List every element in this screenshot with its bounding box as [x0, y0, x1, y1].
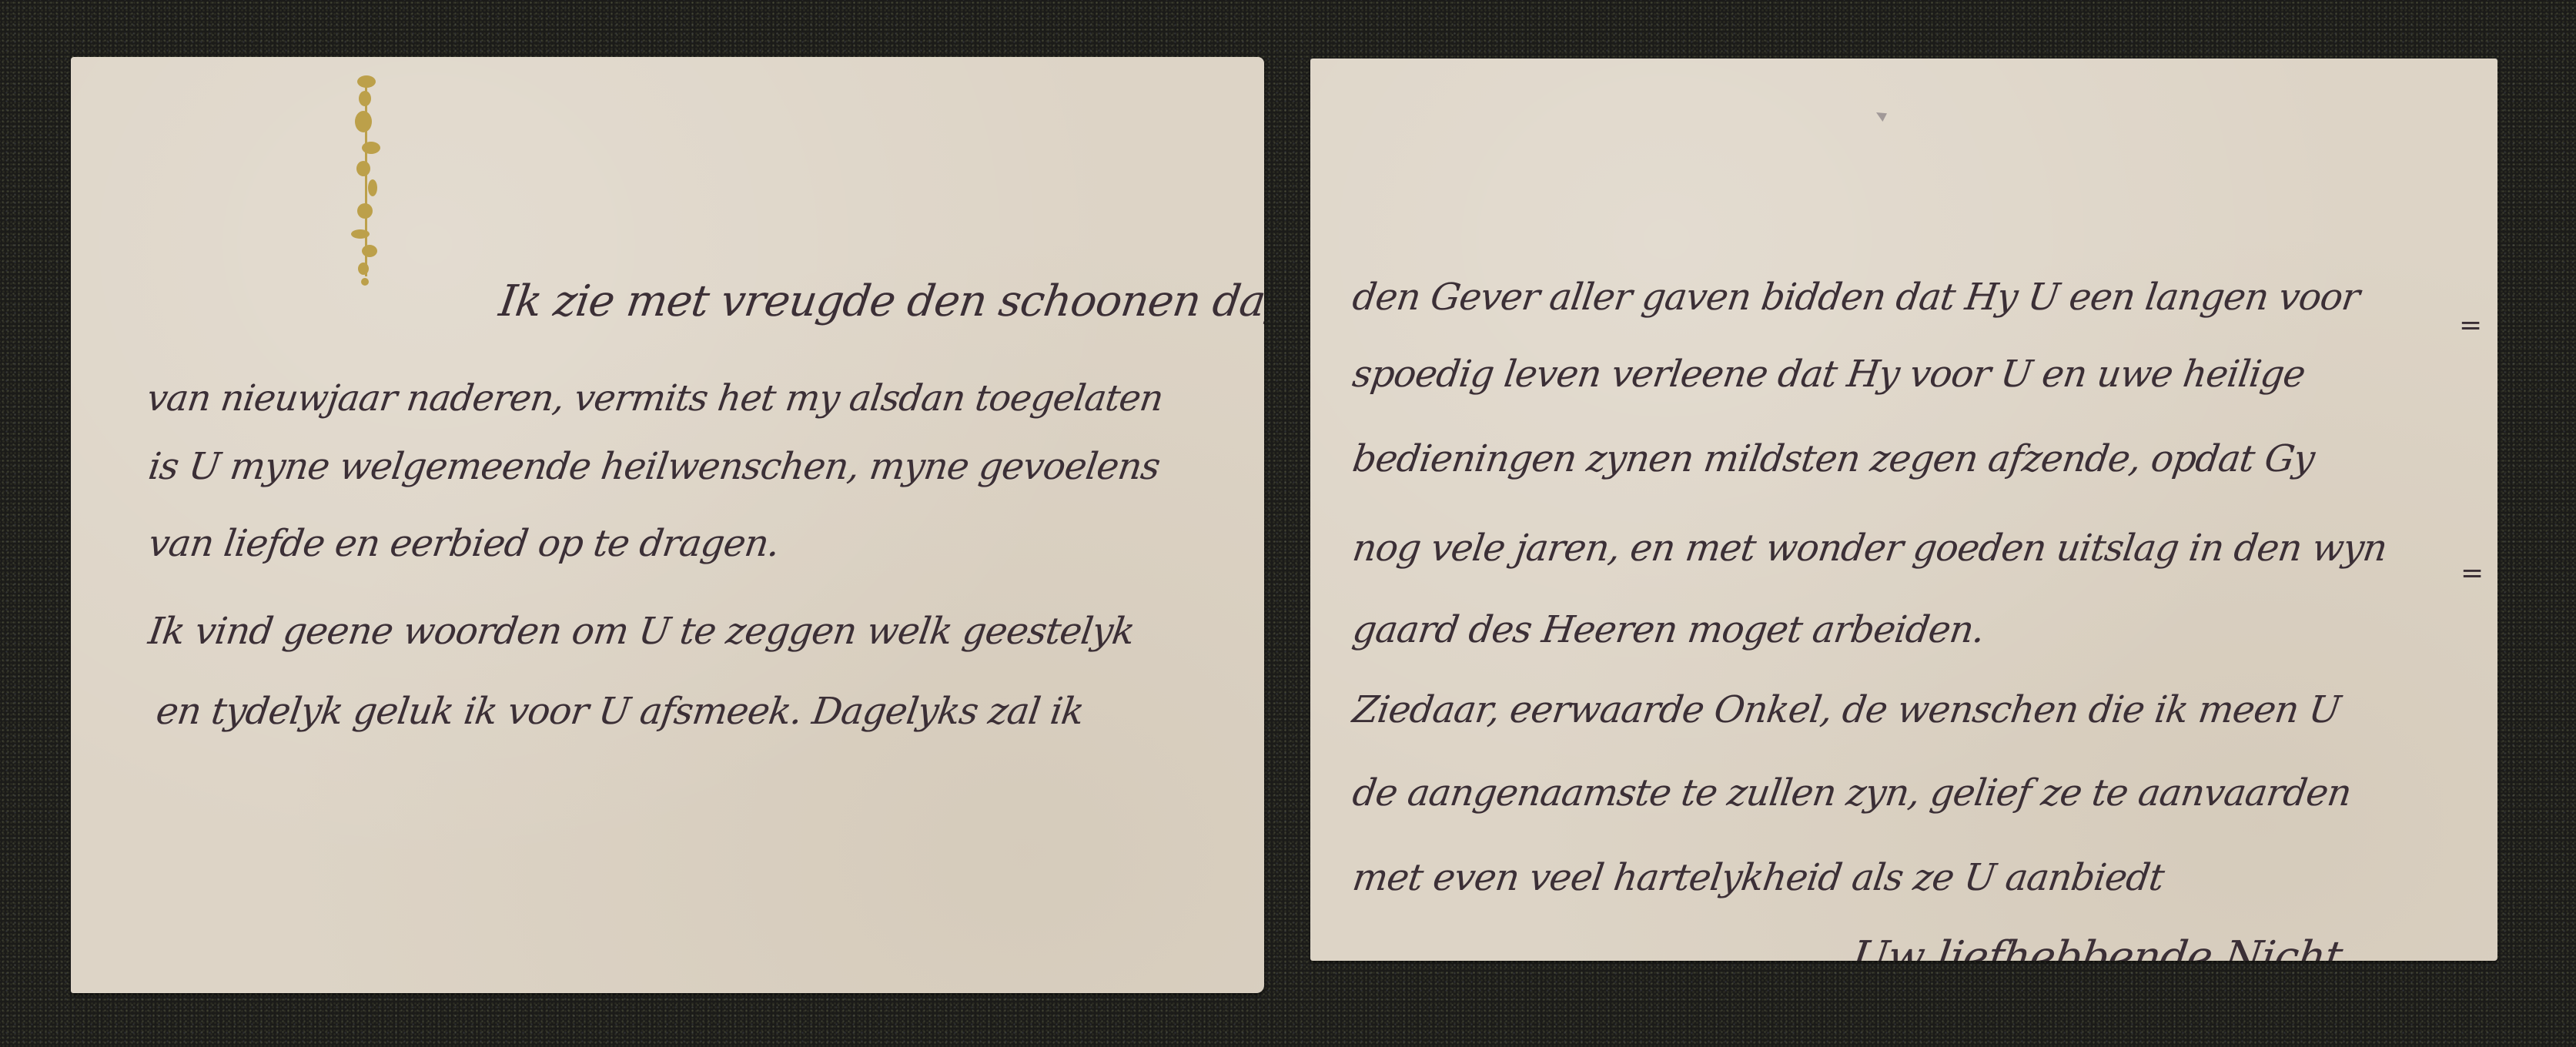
letter-line: spoedig leven verleene dat Hy voor U en …	[1350, 356, 2307, 393]
pencil-mark	[1876, 112, 1887, 122]
letter-line: gaard des Heeren moget arbeiden.	[1350, 611, 1986, 648]
letter-line: Ik zie met vreugde den schoonen dag	[497, 280, 1264, 323]
letter-line: van liefde en eerbied op te dragen.	[146, 525, 781, 562]
letter-line: met even veel hartelykheid als ze U aanb…	[1350, 859, 2166, 896]
letter-line: van nieuwjaar naderen, vermits het my al…	[145, 380, 1165, 416]
letter-line: bedieningen zynen mildsten zegen afzende…	[1350, 440, 2317, 477]
letter-line: den Gever aller gaven bidden dat Hy U ee…	[1350, 279, 2361, 316]
hyphen-mark: =	[2459, 309, 2482, 341]
signature-partial: Uw liefhebbende Nicht	[1849, 936, 2344, 961]
letter-line: nog vele jaren, en met wonder goeden uit…	[1350, 530, 2389, 567]
letter-line: en tydelyk geluk ik voor U afsmeek. Dage…	[154, 693, 1086, 730]
hyphen-mark: =	[2461, 557, 2484, 589]
letter-page-right: den Gever aller gaven bidden dat Hy U ee…	[1310, 59, 2497, 961]
gold-vine-ornament-icon	[346, 72, 386, 288]
letter-page-left: Ik zie met vreugde den schoonen dag van …	[71, 57, 1264, 993]
letter-line: Ik vind geene woorden om U te zeggen wel…	[146, 613, 1136, 650]
letter-line: is U myne welgemeende heilwenschen, myne…	[146, 448, 1162, 485]
letter-line: Ziedaar, eerwaarde Onkel, de wenschen di…	[1350, 691, 2342, 728]
letter-line: de aangenaamste te zullen zyn, gelief ze…	[1350, 774, 2354, 811]
